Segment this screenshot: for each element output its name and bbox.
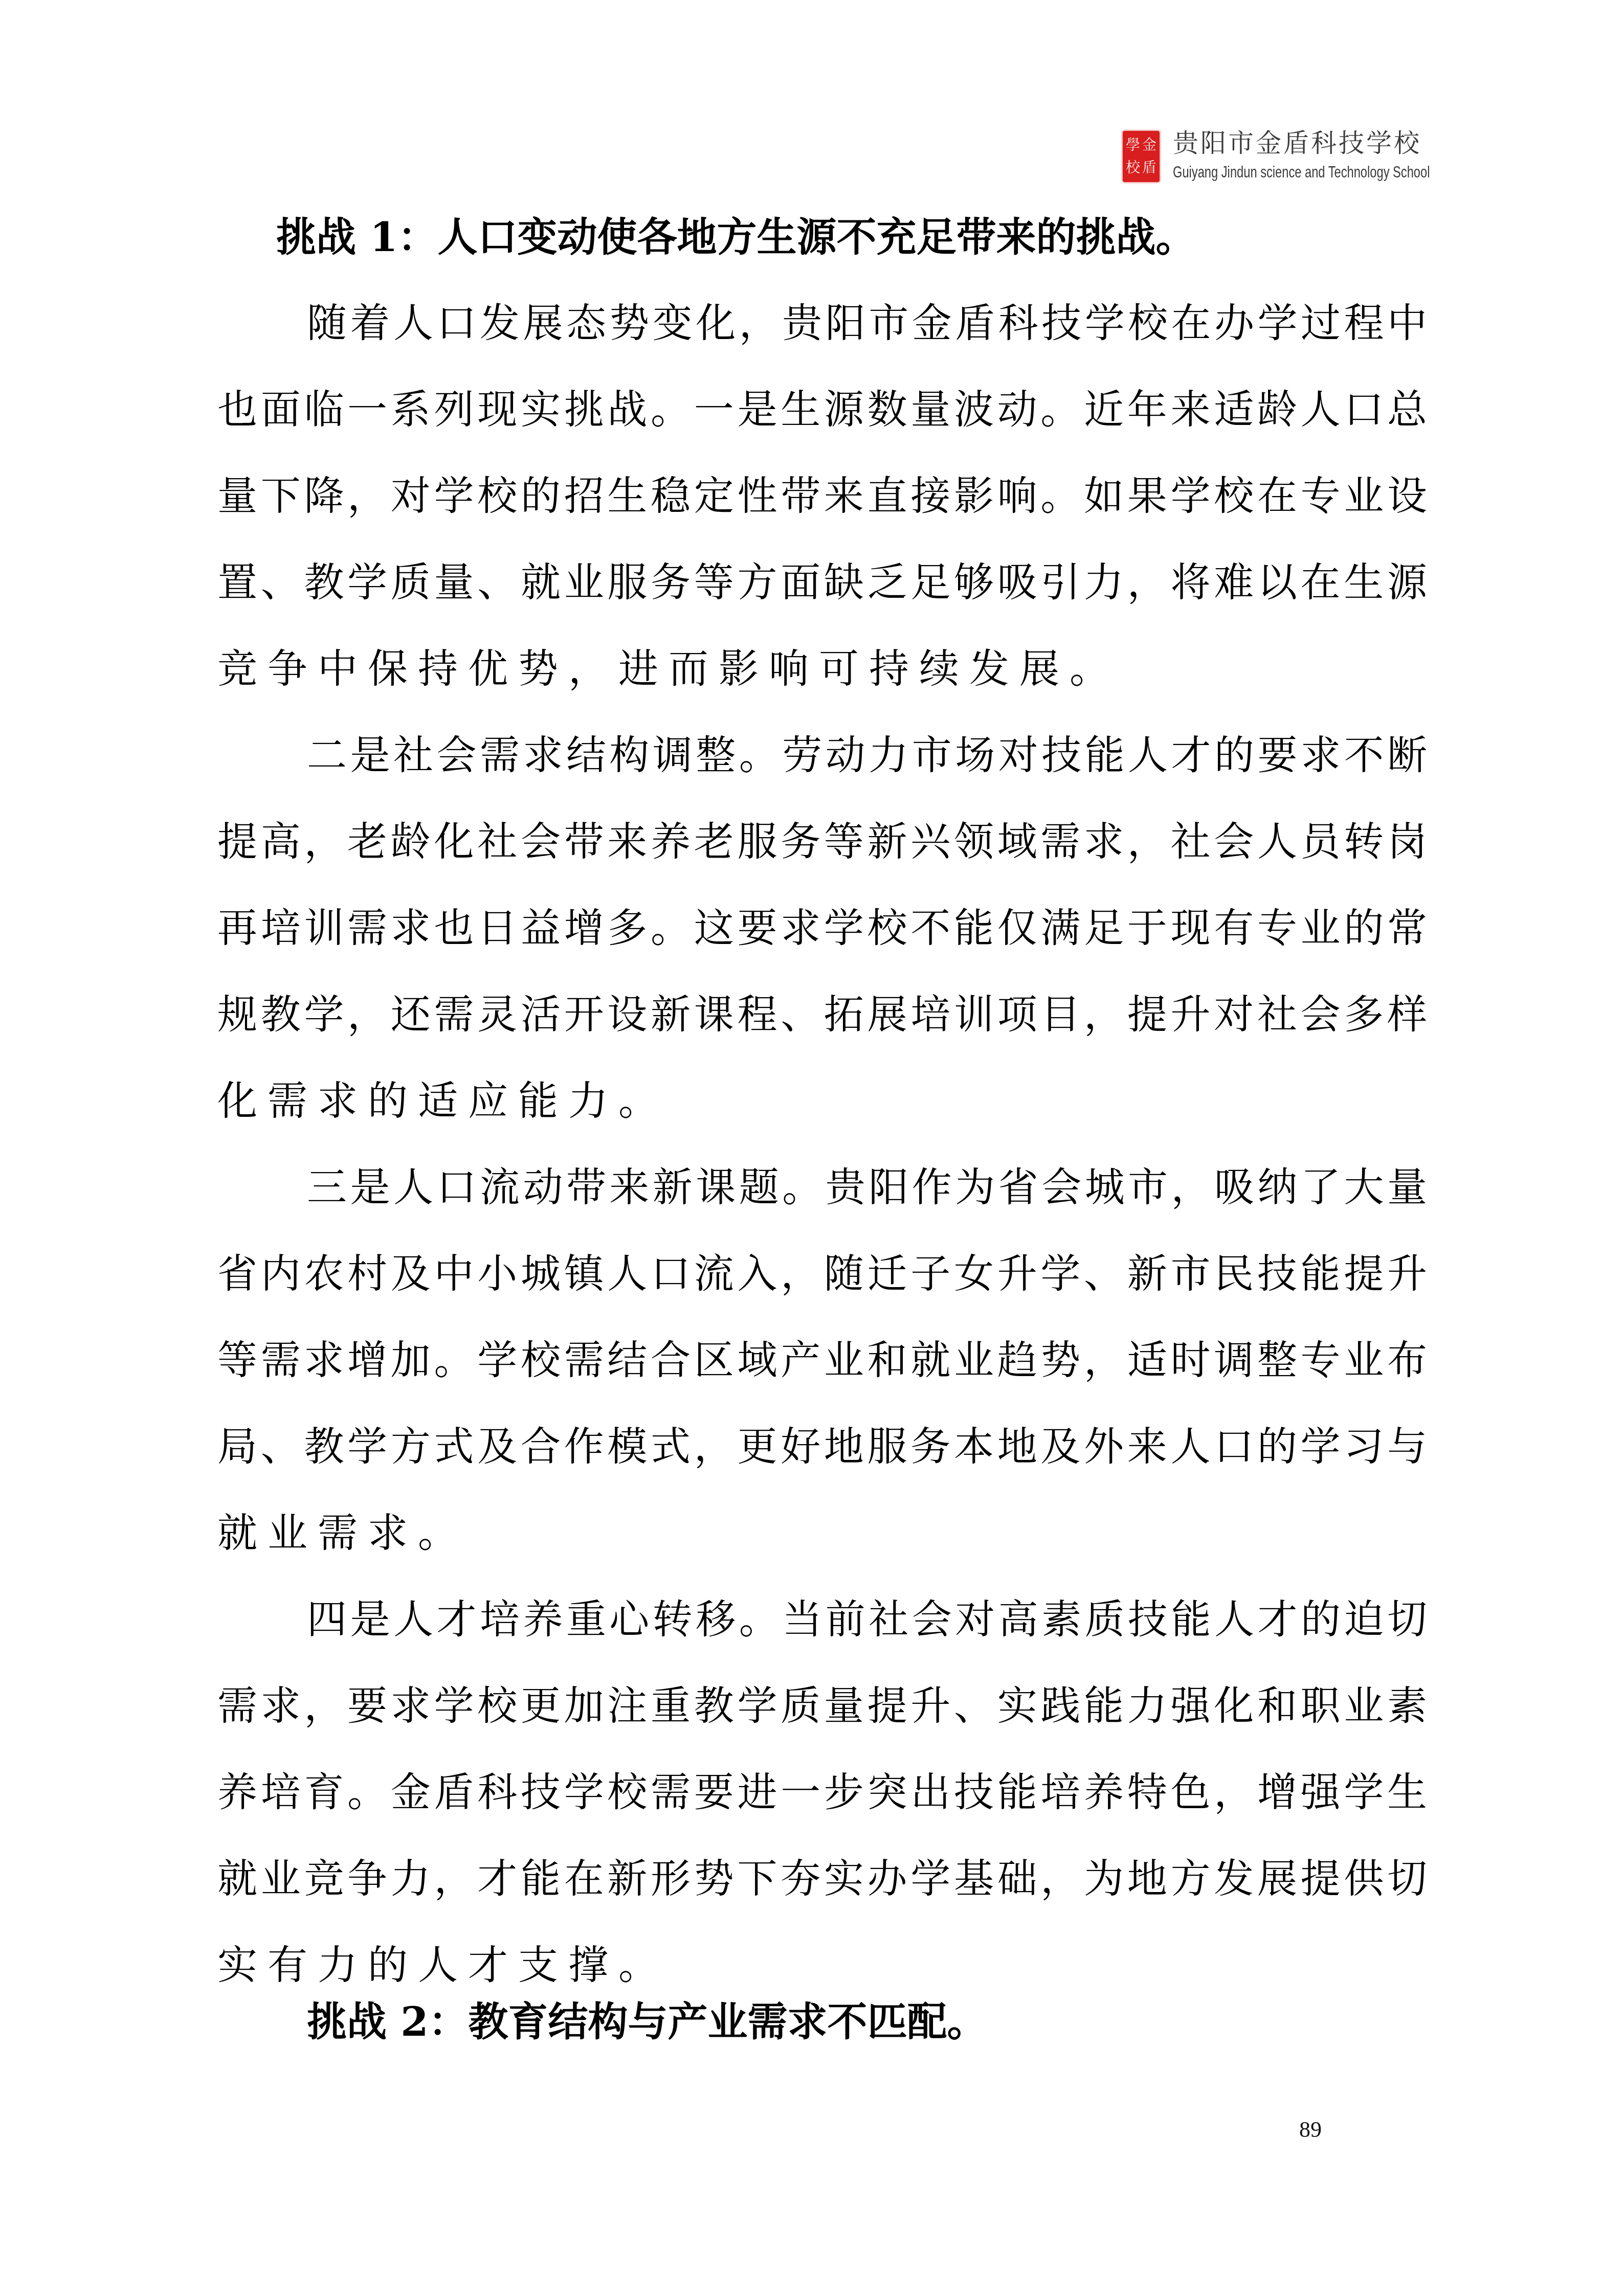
paragraph-line: 提高，老龄化社会带来养老服务等新兴领域需求，社会人员转岗 <box>217 814 1427 870</box>
paragraph-line: 省内农村及中小城镇人口流入，随迁子女升学、新市民技能提升 <box>217 1246 1427 1302</box>
paragraph-line: 局、教学方式及合作模式，更好地服务本地及外来人口的学习与 <box>217 1419 1427 1475</box>
paragraph-line: 需求，要求学校更加注重教学质量提升、实践能力强化和职业素 <box>217 1678 1427 1735</box>
seal-char: 校 <box>1125 156 1141 179</box>
paragraph-line: 竞争中保持优势，进而影响可持续发展。 <box>217 641 1427 697</box>
paragraph-line: 二是社会需求结构调整。劳动力市场对技能人才的要求不断 <box>307 728 1427 784</box>
paragraph-line: 就业竞争力，才能在新形势下夯实办学基础，为地方发展提供切 <box>217 1851 1427 1907</box>
school-name-chinese: 贵阳市金盾科技学校 <box>1173 128 1421 159</box>
paragraph-line: 再培训需求也日益增多。这要求学校不能仅满足于现有专业的常 <box>217 901 1427 957</box>
document-page: 學 金 校 盾 贵阳市金盾科技学校 Guiyang Jindun science… <box>0 0 1624 2296</box>
seal-char: 學 <box>1125 134 1141 156</box>
paragraph-line: 化需求的适应能力。 <box>217 1073 1427 1130</box>
paragraph-line: 养培育。金盾科技学校需要进一步突出技能培养特色，增强学生 <box>217 1765 1427 1821</box>
page-header: 學 金 校 盾 贵阳市金盾科技学校 Guiyang Jindun science… <box>1123 128 1440 189</box>
school-name-english: Guiyang Jindun science and Technology Sc… <box>1173 162 1430 182</box>
paragraph-line: 等需求增加。学校需结合区域产业和就业趋势，适时调整专业布 <box>217 1333 1427 1389</box>
paragraph-line: 置、教学质量、就业服务等方面缺乏足够吸引力，将难以在生源 <box>217 555 1427 611</box>
paragraph-line: 三是人口流动带来新课题。贵阳作为省会城市，吸纳了大量 <box>307 1160 1427 1216</box>
page-number: 89 <box>1299 2117 1322 2143</box>
paragraph-line: 就业需求。 <box>217 1505 1427 1562</box>
paragraph-line: 实有力的人才支撑。 <box>217 1938 1427 1994</box>
section-heading-challenge-1: 挑战 1：人口变动使各地方生源不充足带来的挑战。 <box>276 210 1486 266</box>
seal-char: 金 <box>1141 134 1158 156</box>
paragraph-line: 也面临一系列现实挑战。一是生源数量波动。近年来适龄人口总 <box>217 382 1427 438</box>
paragraph-line: 随着人口发展态势变化，贵阳市金盾科技学校在办学过程中 <box>307 296 1427 352</box>
section-heading-challenge-2: 挑战 2：教育结构与产业需求不匹配。 <box>307 1994 1517 2051</box>
paragraph-line: 规教学，还需灵活开设新课程、拓展培训项目，提升对社会多样 <box>217 987 1427 1043</box>
paragraph-line: 量下降，对学校的招生稳定性带来直接影响。如果学校在专业设 <box>217 468 1427 525</box>
paragraph-line: 四是人才培养重心转移。当前社会对高素质技能人才的迫切 <box>307 1592 1427 1648</box>
school-seal-logo: 學 金 校 盾 <box>1123 131 1160 182</box>
seal-char: 盾 <box>1141 156 1158 179</box>
